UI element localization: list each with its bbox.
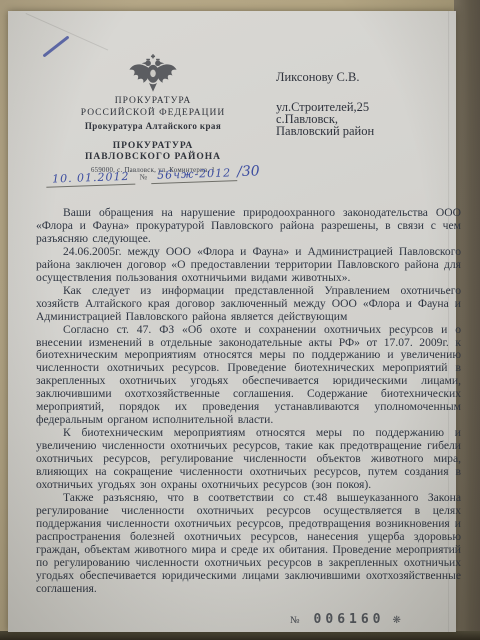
letterhead-dept-line2: ПАВЛОВСКОГО РАЙОНА (43, 152, 263, 164)
document-paper: ПРОКУРАТУРА РОССИЙСКОЙ ФЕДЕРАЦИИ Прокура… (8, 11, 456, 632)
paragraph-2: 24.06.2005г. между ООО «Флора и Фауна» и… (36, 246, 461, 285)
form-number-sign: № (290, 615, 300, 626)
form-number-stamp: №006160❋ (290, 610, 401, 628)
recipient-address-line1: ул.Строителей,25 (276, 101, 446, 113)
desk-surface-bottom (0, 631, 480, 640)
letter-body: Ваши обращения на нарушение природоохран… (36, 207, 461, 596)
handwritten-date: 10. 01.2012 (46, 170, 136, 188)
letterhead: ПРОКУРАТУРА РОССИЙСКОЙ ФЕДЕРАЦИИ Прокура… (43, 53, 263, 174)
letterhead-dept-line1: ПРОКУРАТУРА (43, 141, 263, 152)
paragraph-1: Ваши обращения на нарушение природоохран… (36, 207, 461, 246)
number-sign: № (135, 172, 151, 182)
paragraph-5: К биотехническим мероприятиям относятся … (36, 427, 461, 492)
handwritten-number-suffix: /30 (237, 163, 260, 180)
recipient-name: Ликсонову С.В. (276, 71, 446, 84)
letterhead-org-line2: РОССИЙСКОЙ ФЕДЕРАЦИИ (43, 108, 263, 120)
rosette-stamp-icon: ❋ (393, 615, 401, 626)
coat-of-arms-icon (127, 53, 179, 93)
paragraph-3: Как следует из информации представленной… (36, 285, 461, 324)
paper-crease (26, 13, 109, 51)
form-number-digits: 006160 (314, 612, 385, 627)
paragraph-6: Также разъясняю, что в соответствии со с… (36, 492, 461, 596)
recipient-block: Ликсонову С.В. ул.Строителей,25 с.Павлов… (276, 71, 446, 137)
letterhead-org-line1: ПРОКУРАТУРА (43, 96, 263, 108)
paragraph-4: Согласно ст. 47. ФЗ «Об охоте и сохранен… (36, 324, 461, 428)
document-photo: ПРОКУРАТУРА РОССИЙСКОЙ ФЕДЕРАЦИИ Прокура… (0, 0, 480, 640)
handwritten-number: 56чж-2012 (151, 166, 238, 184)
letterhead-org-line3: Прокуратура Алтайского края (43, 121, 263, 132)
recipient-address-line3: Павловский район (276, 125, 446, 137)
